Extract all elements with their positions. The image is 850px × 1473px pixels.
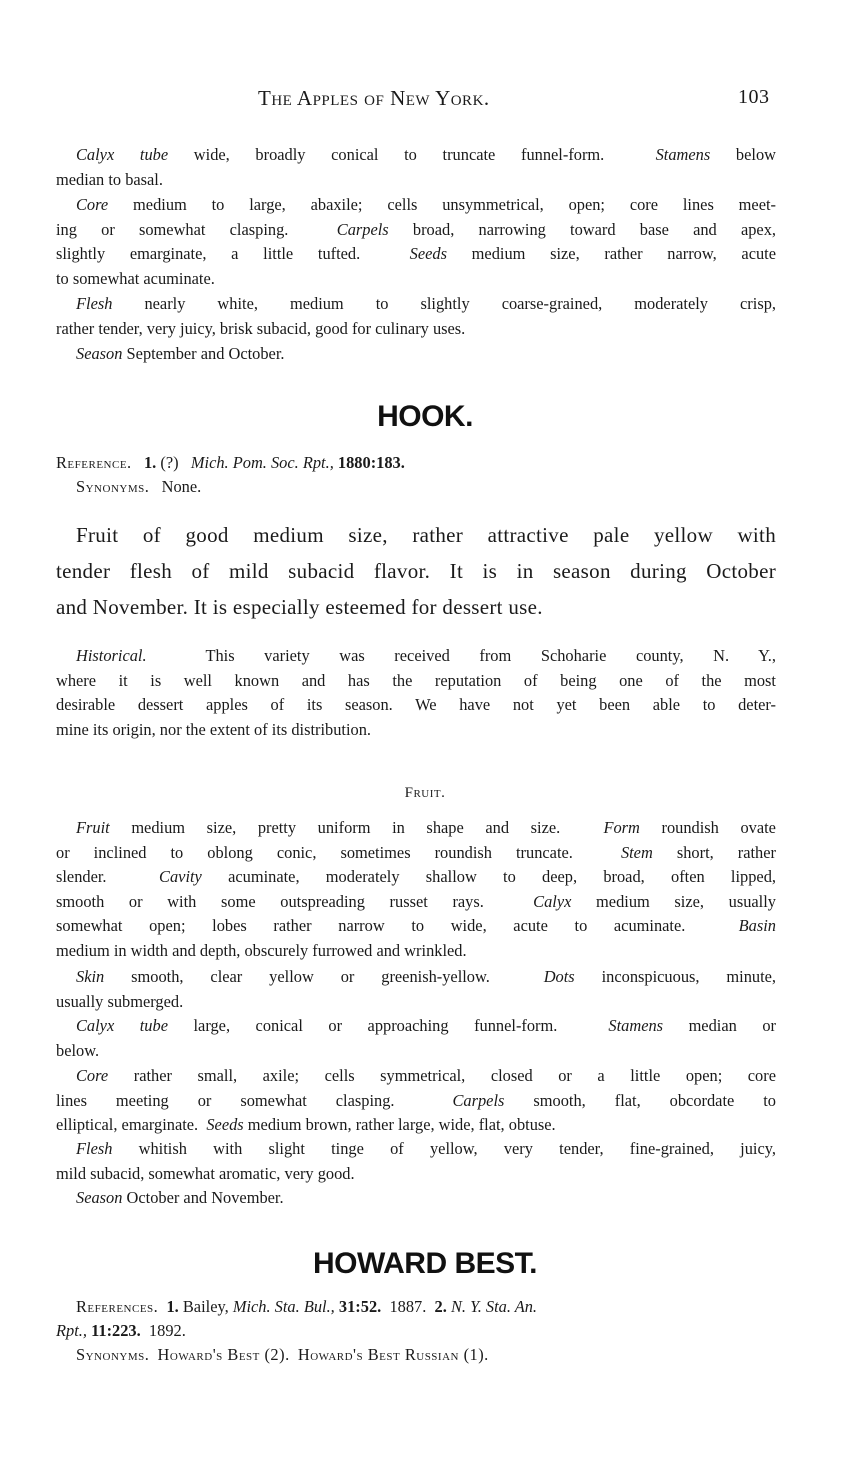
hook-fruit-paragraph: Fruit medium size, pretty uniform in sha… xyxy=(56,816,776,964)
howard-best-heading: HOWARD BEST. xyxy=(0,1247,850,1281)
synonyms-label: Synonyms. xyxy=(76,477,149,496)
prev-calyx-tube-paragraph: Calyx tube wide, broadly conical to trun… xyxy=(56,143,776,192)
book-page: The Apples of New York. 103 Calyx tube w… xyxy=(0,0,850,1473)
howard-best-references: References. 1. Bailey, Mich. Sta. Bul., … xyxy=(56,1295,786,1367)
book-title: The Apples of New York. xyxy=(258,86,490,111)
hook-heading: HOOK. xyxy=(0,400,850,434)
prev-core-paragraph: Core medium to large, abaxile; cells uns… xyxy=(56,193,776,291)
prev-calyx-tube-label: Calyx tube xyxy=(76,145,168,164)
hook-flesh-paragraph: Flesh whitish with slight tinge of yello… xyxy=(56,1137,776,1186)
running-head: The Apples of New York. 103 xyxy=(0,86,850,112)
hook-summary: Fruit of good medium size, rather attrac… xyxy=(56,517,776,625)
hook-calyx-tube-paragraph: Calyx tube large, conical or approaching… xyxy=(56,1014,776,1063)
hook-season-paragraph: Season October and November. xyxy=(56,1186,776,1211)
hook-historical: Historical. This variety was received fr… xyxy=(56,644,776,742)
fruit-subheading: Fruit. xyxy=(0,785,850,802)
reference-label: Reference. xyxy=(56,453,132,472)
hook-core-paragraph: Core rather small, axile; cells symmetri… xyxy=(56,1064,776,1138)
hook-references: Reference. 1. (?) Mich. Pom. Soc. Rpt., … xyxy=(56,451,786,499)
hook-skin-paragraph: Skin smooth, clear yellow or greenish-ye… xyxy=(56,965,776,1014)
prev-flesh-paragraph: Flesh nearly white, medium to slightly c… xyxy=(56,292,776,341)
prev-season-paragraph: Season September and October. xyxy=(56,342,776,367)
page-number: 103 xyxy=(738,86,770,109)
